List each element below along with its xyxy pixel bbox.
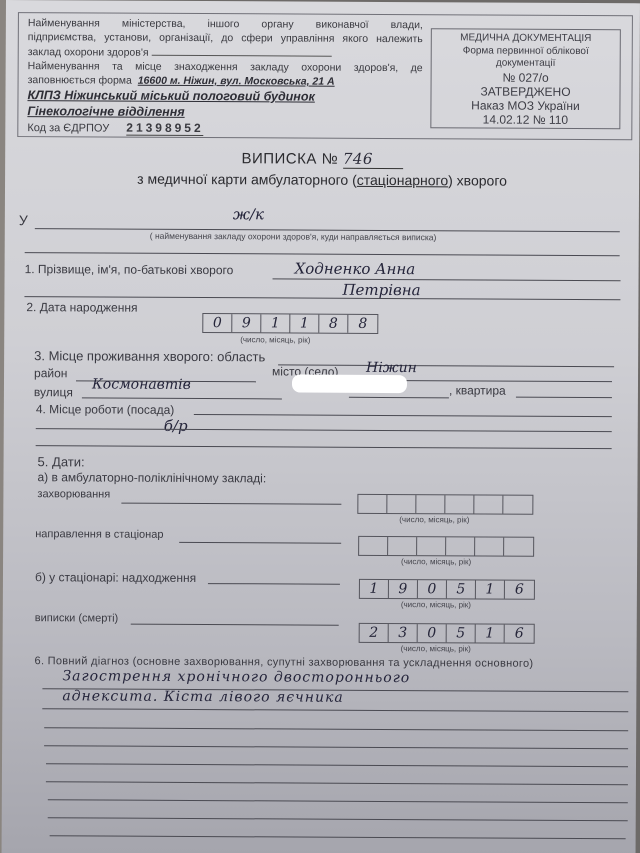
diagnosis-rule [50, 835, 626, 839]
illness-cell [416, 495, 445, 513]
illness-cell [358, 495, 387, 513]
patient-name-line [273, 278, 621, 281]
stamp-order-date: 14.02.12 № 110 [431, 112, 619, 127]
diagnosis-rule [42, 708, 628, 712]
discharge-label: виписки (смерті) [35, 612, 119, 624]
diagnosis-line-1: Загострення хронічного двостороннього [62, 668, 410, 686]
birth-cell: 0 [203, 314, 232, 332]
title-text: ВИПИСКА [241, 150, 317, 167]
district-label: район [34, 366, 67, 380]
org-line-3: заклад охорони здоров'я [28, 46, 149, 59]
edrpou-label: Код за ЄДРПОУ [27, 122, 109, 134]
edrpou-row: Код за ЄДРПОУ 21398952 [27, 120, 203, 135]
birth-cell: 8 [348, 315, 377, 333]
document-title: ВИПИСКА № 746 [5, 148, 639, 170]
discharge-cell: 2 [360, 624, 389, 642]
illness-cell [474, 495, 503, 513]
facility-address: 16600 м. Ніжин, вул. Московська, 21 А [138, 75, 335, 88]
patient-name-line2: Петрівна [342, 281, 420, 299]
house-line [349, 397, 449, 399]
dates-label: 5. Дати: [38, 454, 85, 469]
work-value: б/р [164, 417, 188, 435]
blank-line [25, 252, 620, 256]
org-blank-line [151, 45, 331, 57]
stamp-line-3: документації [432, 57, 620, 70]
subtitle-pre: з медичної карти амбулаторного ( [137, 171, 357, 188]
discharge-cell: 5 [447, 624, 476, 642]
admission-line [208, 583, 340, 585]
stamp-form-number: № 027/о [432, 70, 620, 85]
diagnosis-line-2: аднексита. Кіста лівого яєчника [62, 688, 343, 705]
street-line [82, 397, 282, 399]
stamp-line-2: Форма первинної облікової [432, 45, 620, 58]
title-number: 746 [343, 150, 403, 169]
city-value: Ніжин [366, 360, 417, 376]
admission-date-cells: 1 9 0 5 1 6 [359, 579, 535, 600]
referral-label: направлення в стаціонар [35, 528, 163, 541]
facility-label-2: заповнюється форма [28, 74, 132, 87]
diagnosis-rule [48, 817, 628, 821]
referral-date-cells [358, 536, 534, 557]
referral-cell [446, 537, 475, 555]
street-value: Космонавтів [92, 376, 191, 393]
apartment-line [516, 397, 612, 399]
discharge-hint: (число, місяць, рік) [401, 644, 471, 653]
admission-cell: 1 [360, 580, 389, 598]
illness-cell [387, 495, 416, 513]
diagnosis-rule [44, 745, 628, 749]
referral-cell [388, 537, 417, 555]
illness-cell [445, 495, 474, 513]
recipient-value: ж/к [233, 205, 264, 223]
work-label: 4. Місце роботи (посада) [36, 402, 175, 417]
discharge-cell: 0 [418, 624, 447, 642]
organization-block: Найменування міністерства, іншого органу… [27, 16, 423, 121]
stamp-order: Наказ МОЗ України [431, 98, 619, 113]
diagnosis-rule [46, 763, 628, 767]
illness-date-cells [357, 494, 533, 515]
stamp-line-1: МЕДИЧНА ДОКУМЕНТАЦІЯ [432, 32, 620, 45]
illness-hint: (число, місяць, рік) [399, 515, 469, 524]
admission-cell: 6 [505, 581, 534, 599]
illness-cell [503, 496, 532, 514]
birth-cell: 8 [319, 315, 348, 333]
department-name: Гінекологічне відділення [27, 103, 422, 121]
diagnosis-rule [48, 799, 628, 803]
birth-date-cells: 0 9 1 1 8 8 [202, 313, 378, 334]
referral-cell [475, 537, 504, 555]
work-line-3 [36, 445, 612, 449]
discharge-cell: 3 [389, 624, 418, 642]
stamp-approved: ЗАТВЕРДЖЕНО [431, 84, 619, 99]
document-page: Найменування міністерства, іншого органу… [2, 0, 640, 853]
illness-label: захворювання [37, 488, 110, 500]
birth-date-label: 2. Дата народження [26, 300, 137, 315]
referral-cell [359, 537, 388, 555]
recipient-prefix: У [19, 212, 28, 228]
outpatient-label: а) в амбулаторно-поліклінічному закладі: [37, 470, 266, 485]
work-line [194, 414, 612, 417]
referral-hint: (число, місяць, рік) [401, 557, 471, 566]
recipient-hint: ( найменування закладу охорони здоров'я,… [150, 231, 437, 243]
birth-cell: 1 [290, 314, 319, 332]
admission-cell: 9 [389, 580, 418, 598]
subtitle-post: ) хворого [448, 172, 507, 188]
document-subtitle: з медичної карти амбулаторного (стаціона… [5, 170, 639, 189]
apartment-label: , квартира [449, 383, 506, 397]
street-label: вулиця [34, 385, 73, 399]
edrpou-code: 21398952 [126, 121, 203, 136]
admission-label: б) у стаціонарі: надходження [35, 570, 196, 585]
work-line-2 [36, 428, 612, 432]
redacted-area [292, 375, 407, 394]
discharge-cell: 1 [476, 624, 505, 642]
admission-cell: 1 [476, 580, 505, 598]
discharge-date-cells: 2 3 0 5 1 6 [359, 623, 535, 644]
discharge-cell: 6 [505, 625, 534, 643]
subtitle-underlined: стаціонарного [357, 172, 448, 188]
patient-name-line1: Ходненко Анна [295, 260, 416, 279]
title-number-label: № [322, 151, 339, 168]
patient-name-label: 1. Прізвище, ім'я, по-батькові хворого [25, 262, 234, 277]
diagnosis-rule [44, 727, 628, 731]
discharge-line [131, 624, 339, 626]
illness-line [121, 503, 341, 505]
birth-cell: 1 [261, 314, 290, 332]
diagnosis-rule [46, 781, 628, 785]
form-stamp: МЕДИЧНА ДОКУМЕНТАЦІЯ Форма первинної обл… [430, 28, 621, 129]
admission-hint: (число, місяць, рік) [401, 600, 471, 609]
birth-date-hint: (число, місяць, рік) [240, 335, 310, 344]
referral-cell [504, 538, 533, 556]
referral-line [179, 542, 341, 544]
birth-cell: 9 [232, 314, 261, 332]
residence-label: 3. Місце проживання хворого: область [34, 348, 265, 364]
admission-cell: 0 [418, 580, 447, 598]
referral-cell [417, 537, 446, 555]
admission-cell: 5 [447, 580, 476, 598]
